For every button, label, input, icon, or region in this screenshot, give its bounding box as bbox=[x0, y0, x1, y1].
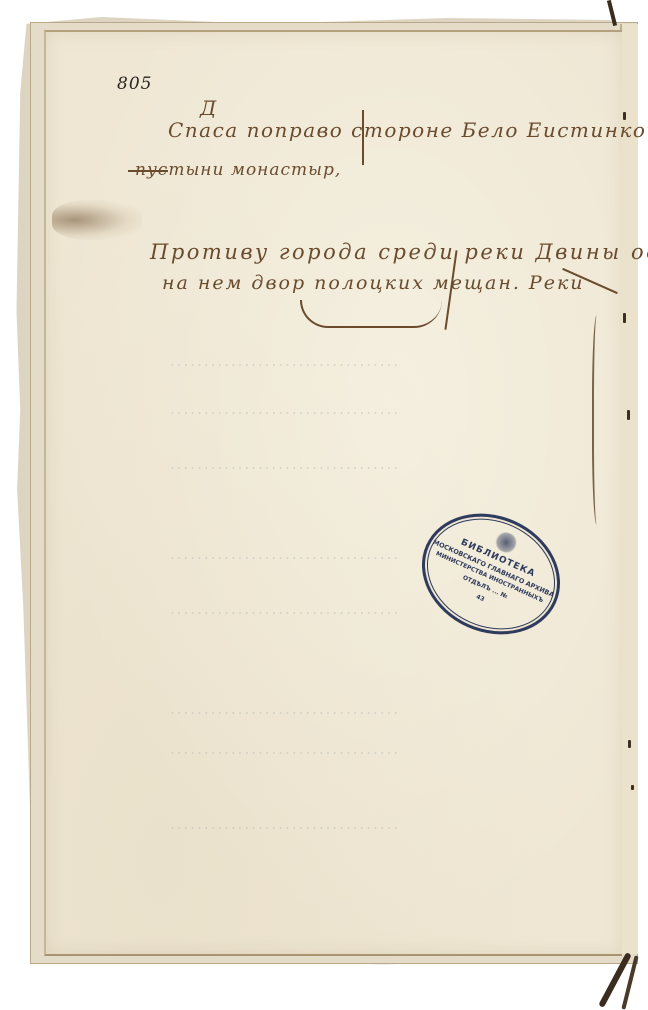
manuscript-line: Противу города среди реки Двины острова bbox=[150, 240, 648, 264]
binding-thread-mark bbox=[628, 740, 631, 748]
bleed-through-line: .................................. bbox=[170, 815, 400, 833]
binding-thread-mark bbox=[623, 313, 626, 323]
bleed-through-line: .................................. bbox=[170, 545, 400, 563]
binding-thread-mark bbox=[631, 785, 634, 790]
manuscript-line: пустыни монастыр, bbox=[135, 160, 341, 180]
marginal-mark: Д bbox=[200, 96, 216, 120]
binding-thread-mark bbox=[627, 410, 630, 420]
bleed-through-line: .................................. bbox=[170, 700, 400, 718]
ink-stain bbox=[52, 200, 142, 240]
marginal-pen-line bbox=[592, 315, 604, 525]
bleed-through-line: .................................. bbox=[170, 352, 400, 370]
bleed-through-line: .................................. bbox=[170, 600, 400, 618]
bleed-through-line: .................................. bbox=[170, 455, 400, 473]
bleed-through-line: .................................. bbox=[170, 400, 400, 418]
flourish-stroke bbox=[300, 300, 442, 328]
right-leaf-edge bbox=[620, 24, 638, 954]
manuscript-line: Спаса поправо стороне Бело Еистинкои bbox=[168, 118, 648, 142]
descender-stroke bbox=[362, 110, 364, 165]
folio-number: 805 bbox=[117, 74, 152, 94]
manuscript-line: на нем двор полоцких мещан. Реки bbox=[162, 272, 585, 294]
bleed-through-line: .................................. bbox=[170, 740, 400, 758]
manuscript-scan: .................................. .....… bbox=[0, 0, 648, 1010]
